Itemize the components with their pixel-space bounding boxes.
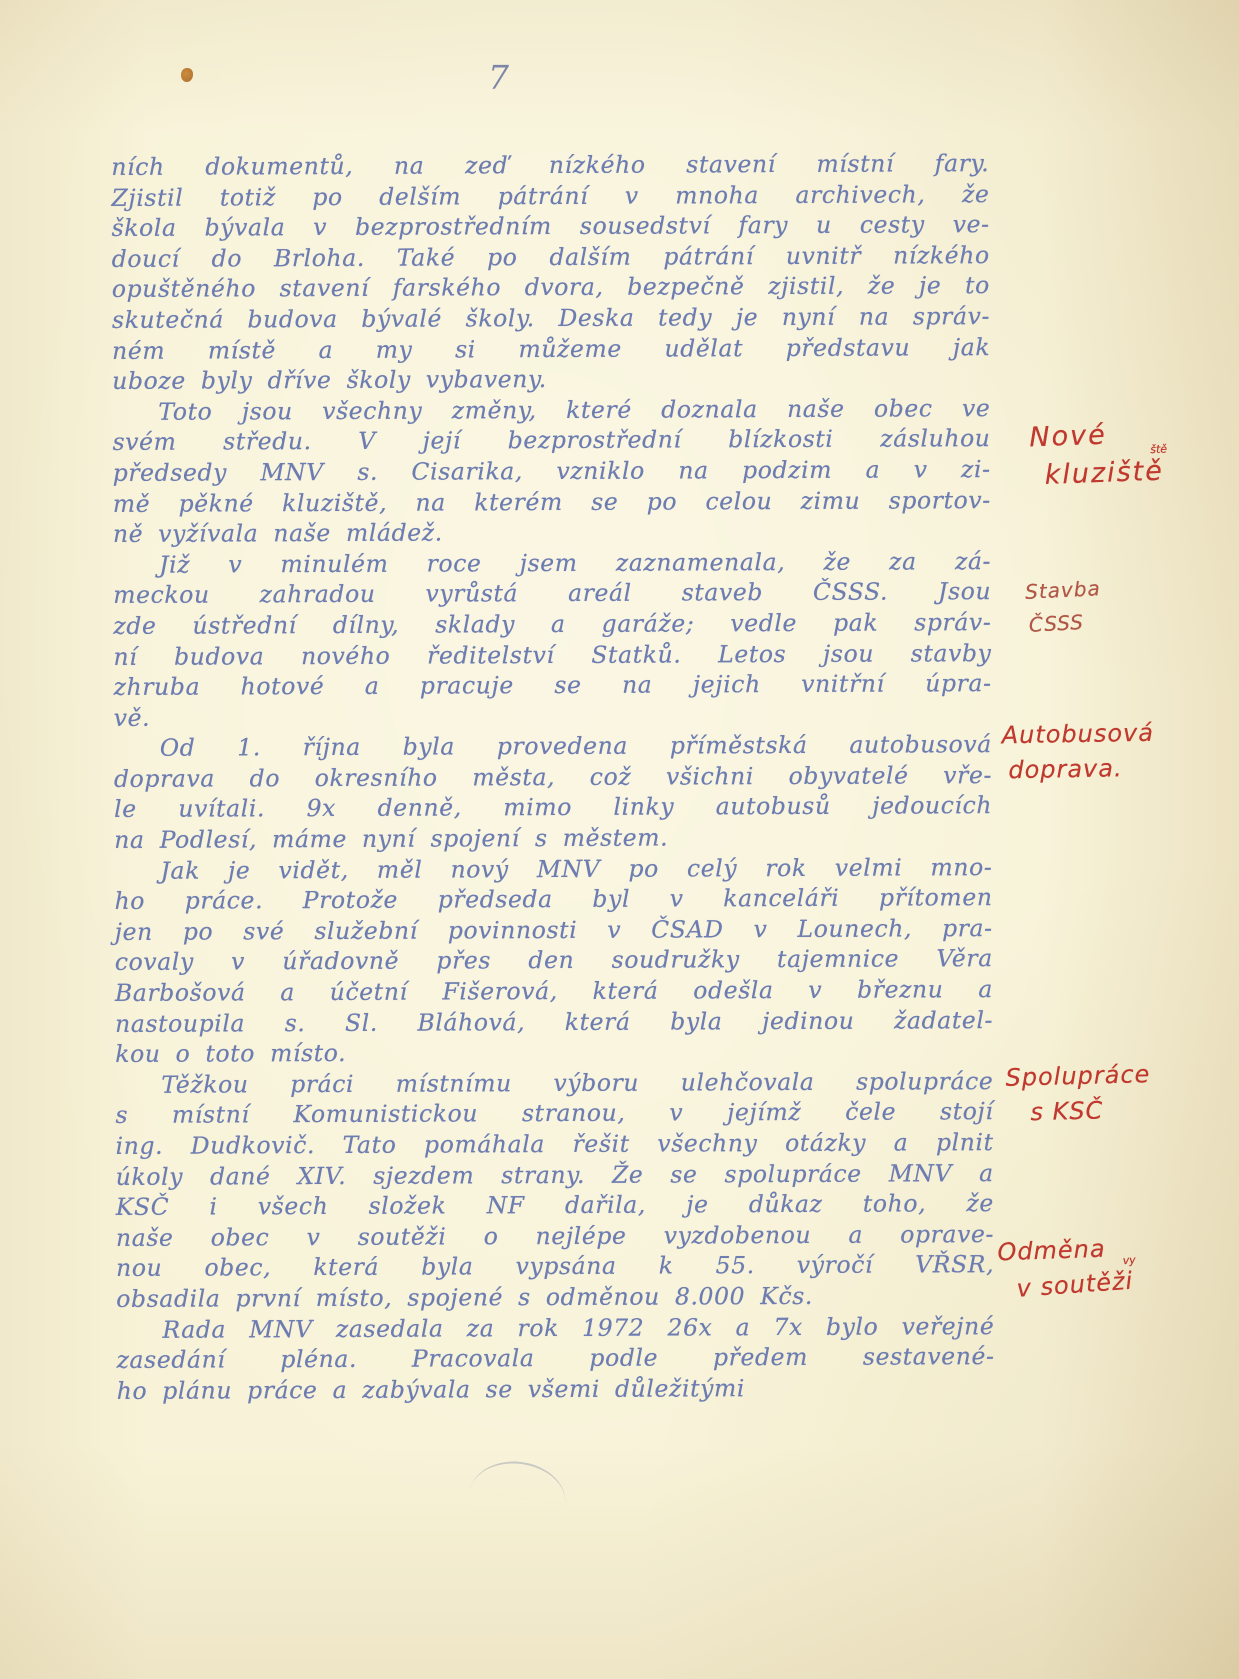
- handwritten-line: le uvítali. 9x denně, mimo linky autobus…: [114, 791, 992, 825]
- handwritten-line: meckou zahradou vyrůstá areál staveb ČSS…: [113, 576, 991, 610]
- handwritten-line: nastoupila s. Sl. Bláhová, která byla je…: [115, 1005, 993, 1039]
- handwritten-line: doucí do Brloha. Také po dalším pátrání …: [112, 240, 990, 274]
- margin-note-spoluprace-s-ksc: Spolupráce s KSČ: [1005, 1060, 1151, 1127]
- handwritten-line: nou obec, která byla vypsána k 55. výroč…: [116, 1249, 994, 1283]
- margin-note-line: doprava.: [1008, 754, 1155, 785]
- handwritten-line: ho plánu práce a zabývala se všemi důlež…: [117, 1372, 995, 1406]
- handwritten-line: ing. Dudkovič. Tato pomáhala řešit všech…: [116, 1127, 994, 1161]
- page-number: 7: [488, 58, 510, 97]
- handwritten-line: Od 1. října byla provedena příměstská au…: [114, 729, 992, 763]
- handwritten-line: zde ústřední dílny, sklady a garáže; ved…: [113, 607, 991, 641]
- handwritten-line: Toto jsou všechny změny, které doznala n…: [112, 393, 990, 427]
- handwritten-line: mě pěkné kluziště, na kterém se po celou…: [113, 485, 991, 519]
- handwritten-line: ho práce. Protože předseda byl v kancelá…: [114, 882, 992, 916]
- handwritten-line: Zjistil totiž po delším pátrání v mnoha …: [111, 179, 989, 213]
- handwritten-line: na Podlesí, máme nyní spojení s městem.: [114, 821, 992, 855]
- handwritten-line: kou o toto místo.: [115, 1035, 993, 1069]
- margin-note-stavba-csss: Stavba ČSSS: [1025, 576, 1103, 637]
- handwritten-line: uboze byly dříve školy vybaveny.: [112, 362, 990, 396]
- handwritten-line: naše obec v soutěži o nejlépe vyzdobenou…: [116, 1219, 994, 1253]
- margin-note-line: s KSČ: [1030, 1095, 1152, 1126]
- margin-note-line: Autobusová: [1001, 719, 1154, 750]
- handwritten-line: ních dokumentů, na zeď nízkého stavení m…: [111, 148, 989, 182]
- handwritten-line: ně vyžívala naše mládež.: [113, 515, 991, 549]
- handwritten-line: covaly v úřadovně přes den soudružky taj…: [115, 944, 993, 978]
- handwritten-line: obsadila první místo, spojené s odměnou …: [116, 1280, 994, 1314]
- handwritten-line: KSČ i všech složek NF dařila, je důkaz t…: [116, 1188, 994, 1222]
- margin-note-line: Odměna: [997, 1234, 1133, 1267]
- margin-note-autobusova-doprava: Autobusová doprava.: [1001, 719, 1154, 785]
- handwritten-line: předsedy MNV s. Cisarika, vzniklo na pod…: [113, 454, 991, 488]
- handwritten-line: s místní Komunistickou stranou, v jejímž…: [115, 1096, 993, 1130]
- handwritten-line: doprava do okresního města, což všichni …: [114, 760, 992, 794]
- handwritten-line: opuštěného stavení farského dvora, bezpe…: [112, 270, 990, 304]
- margin-note-line: Stavba: [1025, 576, 1102, 604]
- paper-stain: [181, 68, 193, 82]
- handwritten-line: vě.: [114, 699, 992, 733]
- margin-note-line: Spolupráce: [1005, 1060, 1150, 1092]
- handwritten-line: Jak je vidět, měl nový MNV po celý rok v…: [114, 852, 992, 886]
- handwritten-line: úkoly dané XIV. sjezdem strany. Že se sp…: [116, 1158, 994, 1192]
- margin-note-line: v soutěživy: [1016, 1267, 1134, 1303]
- handwritten-line: Těžkou práci místnímu výboru ulehčovala …: [115, 1066, 993, 1100]
- handwritten-line: ném místě a my si můžeme udělat představ…: [112, 332, 990, 366]
- handwritten-line: skutečná budova bývalé školy. Deska tedy…: [112, 301, 990, 335]
- margin-note-nove-kluziste: Nové kluzištěště: [1029, 418, 1165, 492]
- body-text: ních dokumentů, na zeď nízkého stavení m…: [111, 148, 994, 1406]
- handwritten-line: Rada MNV zasedala za rok 1972 26x a 7x b…: [116, 1311, 994, 1345]
- margin-note-correction: vy: [1122, 1253, 1136, 1267]
- margin-note-line: ČSSS: [1028, 609, 1103, 637]
- handwritten-line: škola bývala v bezprostředním sousedství…: [112, 209, 990, 243]
- chronicle-page: 7 ních dokumentů, na zeď nízkého stavení…: [0, 0, 1239, 1679]
- handwritten-line: Barbošová a účetní Fišerová, která odešl…: [115, 974, 993, 1008]
- margin-note-odmena-v-soutezi: Odměna v soutěživy: [997, 1234, 1134, 1302]
- handwritten-line: ní budova nového ředitelství Statků. Let…: [113, 638, 991, 672]
- handwritten-line: svém středu. V její bezprostřední blízko…: [112, 423, 990, 457]
- margin-note-line: kluzištěště: [1044, 456, 1164, 491]
- handwritten-line: jen po své služební povinnosti v ČSAD v …: [115, 913, 993, 947]
- margin-note-correction: ště: [1150, 443, 1167, 457]
- handwritten-line: zhruba hotové a pracuje se na jejich vni…: [114, 668, 992, 702]
- pen-flourish: [470, 1455, 570, 1504]
- margin-note-line: Nové: [1029, 418, 1163, 454]
- handwritten-line: zasedání pléna. Pracovala podle předem s…: [116, 1341, 994, 1375]
- handwritten-line: Již v minulém roce jsem zaznamenala, že …: [113, 546, 991, 580]
